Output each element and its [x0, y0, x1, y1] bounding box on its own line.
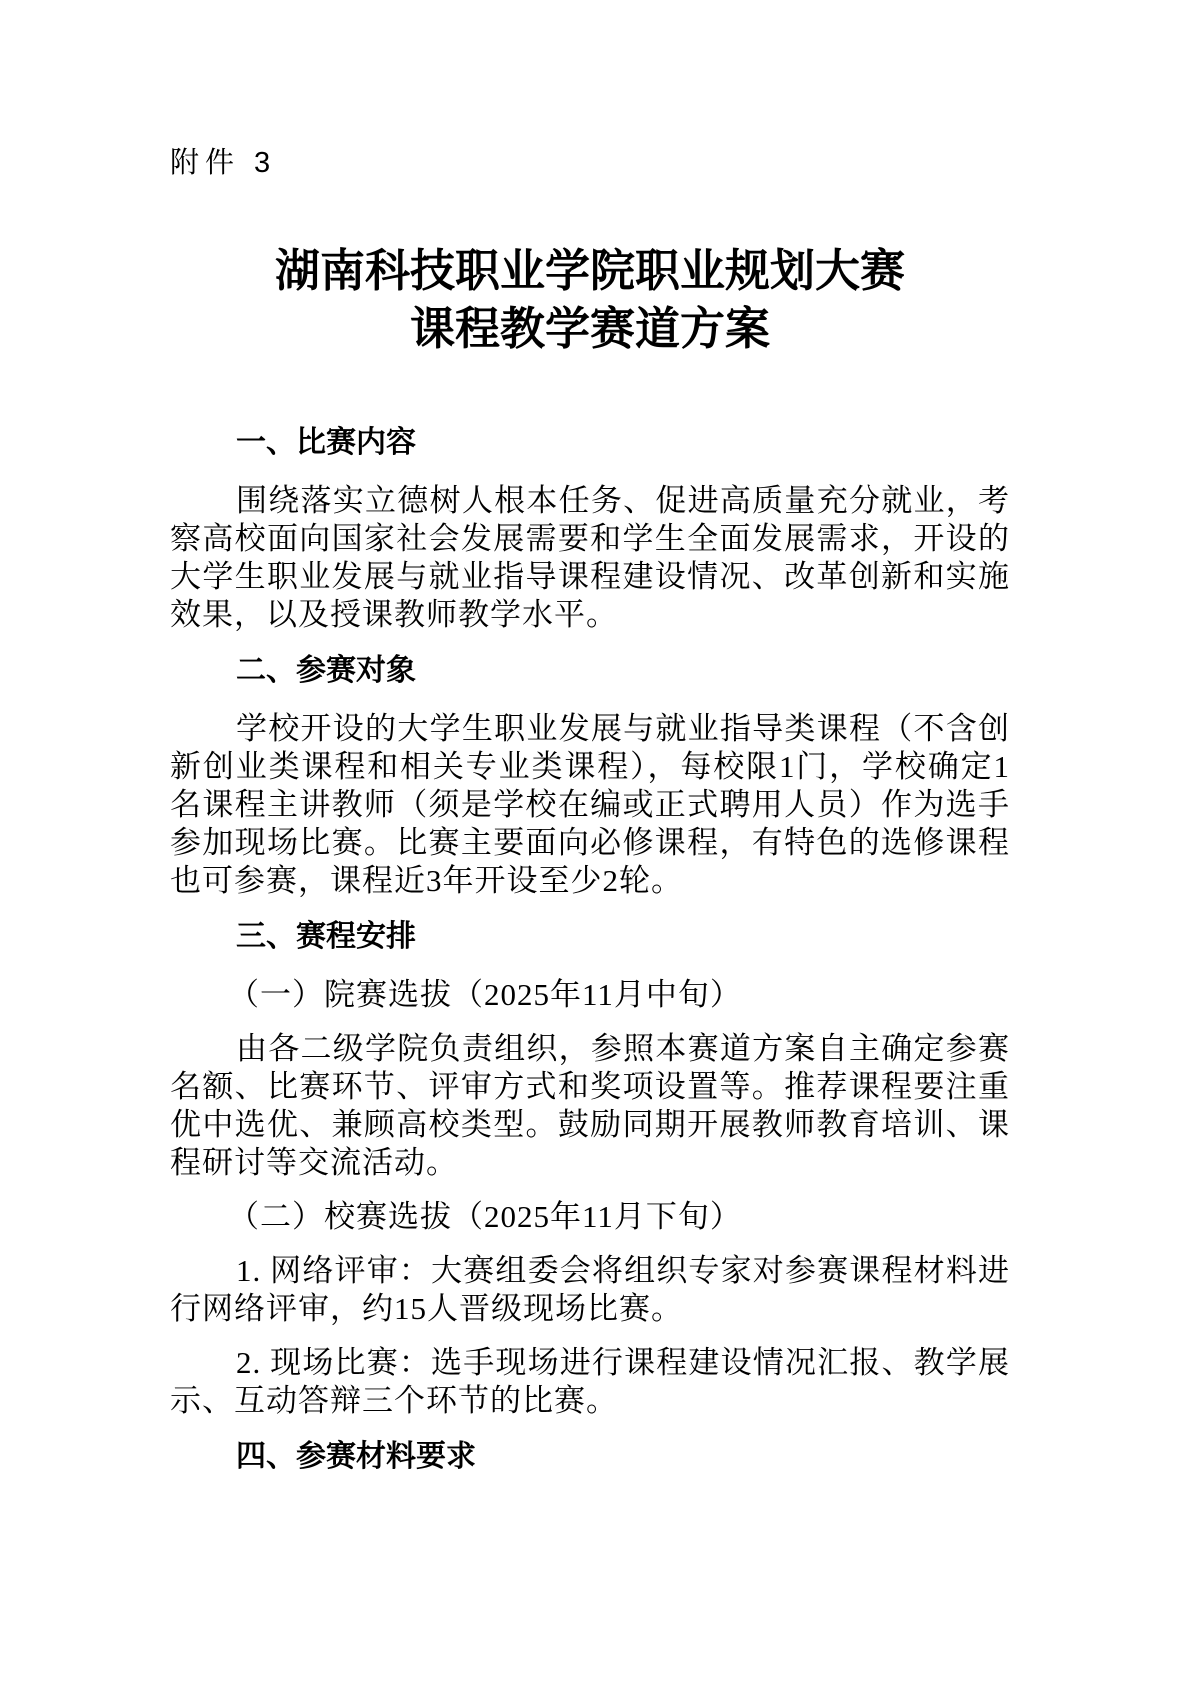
subsection-heading-3-2: （二）校赛选拔（2025年11月下旬）: [170, 1198, 1010, 1236]
section-heading-4: 四、参赛材料要求: [170, 1438, 1010, 1476]
section-heading-3: 三、赛程安排: [170, 918, 1010, 956]
document-title-line-2: 课程教学赛道方案: [170, 300, 1010, 358]
subsection-heading-3-1: （一）院赛选拔（2025年11月中旬）: [170, 976, 1010, 1014]
section-heading-1: 一、比赛内容: [170, 424, 1010, 462]
paragraph: 1. 网络评审：大赛组委会将组织专家对参赛课程材料进行网络评审，约15人晋级现场…: [170, 1252, 1010, 1328]
document-title-line-1: 湖南科技职业学院职业规划大赛: [170, 242, 1010, 300]
paragraph: 由各二级学院负责组织，参照本赛道方案自主确定参赛名额、比赛环节、评审方式和奖项设…: [170, 1030, 1010, 1182]
paragraph: 围绕落实立德树人根本任务、促进高质量充分就业，考察高校面向国家社会发展需要和学生…: [170, 482, 1010, 634]
document-page: 附件 3 湖南科技职业学院职业规划大赛 课程教学赛道方案 一、比赛内容 围绕落实…: [0, 0, 1191, 1684]
paragraph: 学校开设的大学生职业发展与就业指导类课程（不含创新创业类课程和相关专业类课程），…: [170, 710, 1010, 900]
section-heading-2: 二、参赛对象: [170, 652, 1010, 690]
paragraph: 2. 现场比赛：选手现场进行课程建设情况汇报、教学展示、互动答辩三个环节的比赛。: [170, 1344, 1010, 1420]
document-title: 湖南科技职业学院职业规划大赛 课程教学赛道方案: [170, 242, 1010, 358]
attachment-label: 附件 3: [170, 146, 1010, 180]
